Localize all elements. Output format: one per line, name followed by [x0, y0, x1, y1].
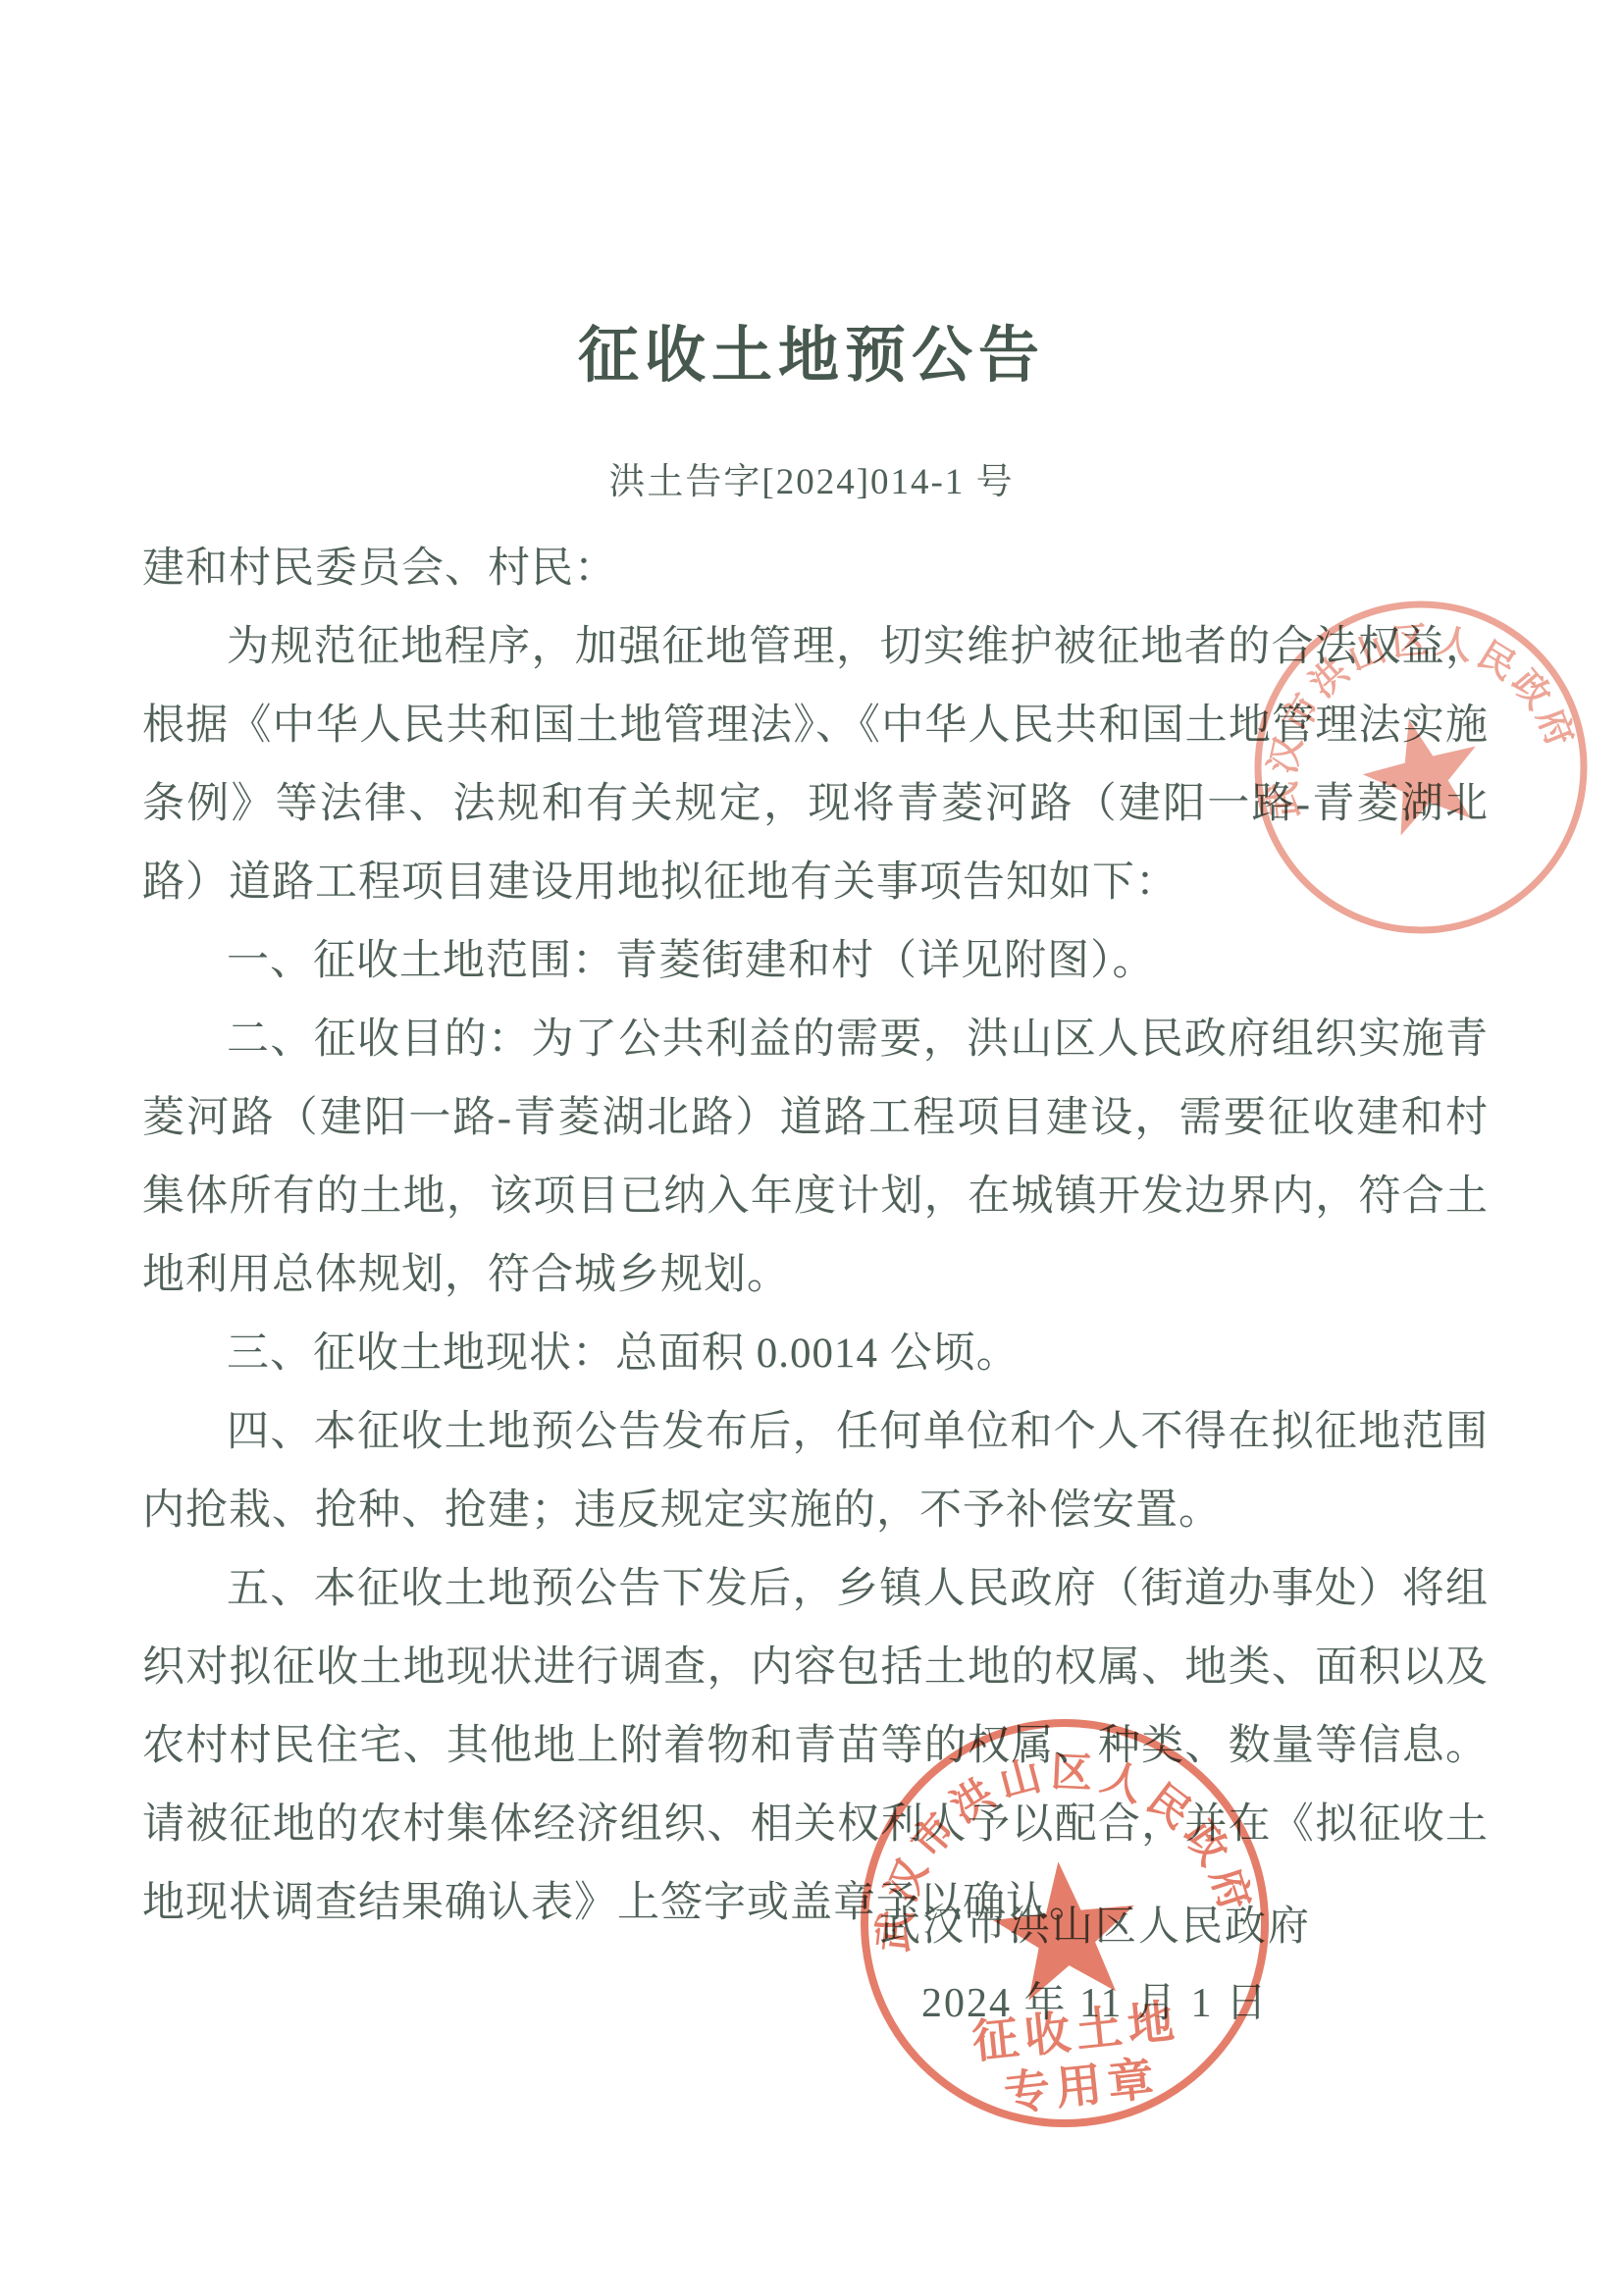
document-body: 建和村民委员会、村民： 为规范征地程序，加强征地管理，切实维护被征地者的合法权益… — [142, 530, 1489, 1943]
signature-block: 武汉市洪山区人民政府 2024 年 11 月 1 日 — [879, 1889, 1311, 2042]
body-paragraph: 四、本征收土地预公告发布后，任何单位和个人不得在拟征地范围内抢栽、抢种、抢建；违… — [142, 1393, 1489, 1550]
body-paragraph: 为规范征地程序，加强征地管理，切实维护被征地者的合法权益，根据《中华人民共和国土… — [142, 608, 1489, 922]
seal-center-text-line2: 专用章 — [1002, 2053, 1163, 2120]
document-number: 洪土告字[2024]014-1 号 — [0, 451, 1623, 504]
addressee-line: 建和村民委员会、村民： — [142, 530, 1489, 608]
document-page: 征收土地预公告 洪土告字[2024]014-1 号 建和村民委员会、村民： 为规… — [0, 0, 1623, 2296]
body-paragraph: 五、本征收土地预公告下发后，乡镇人民政府（街道办事处）将组织对拟征收土地现状进行… — [142, 1550, 1489, 1943]
body-paragraph: 一、征收土地范围：青菱街建和村（详见附图）。 — [142, 922, 1489, 1001]
issuer-name: 武汉市洪山区人民政府 — [879, 1889, 1311, 1965]
body-paragraph: 二、征收目的：为了公共利益的需要，洪山区人民政府组织实施青菱河路（建阳一路-青菱… — [142, 1001, 1489, 1315]
issue-date: 2024 年 11 月 1 日 — [879, 1965, 1311, 2042]
body-paragraph: 三、征收土地现状：总面积 0.0014 公顷。 — [142, 1315, 1489, 1393]
page-title: 征收土地预公告 — [0, 306, 1623, 393]
